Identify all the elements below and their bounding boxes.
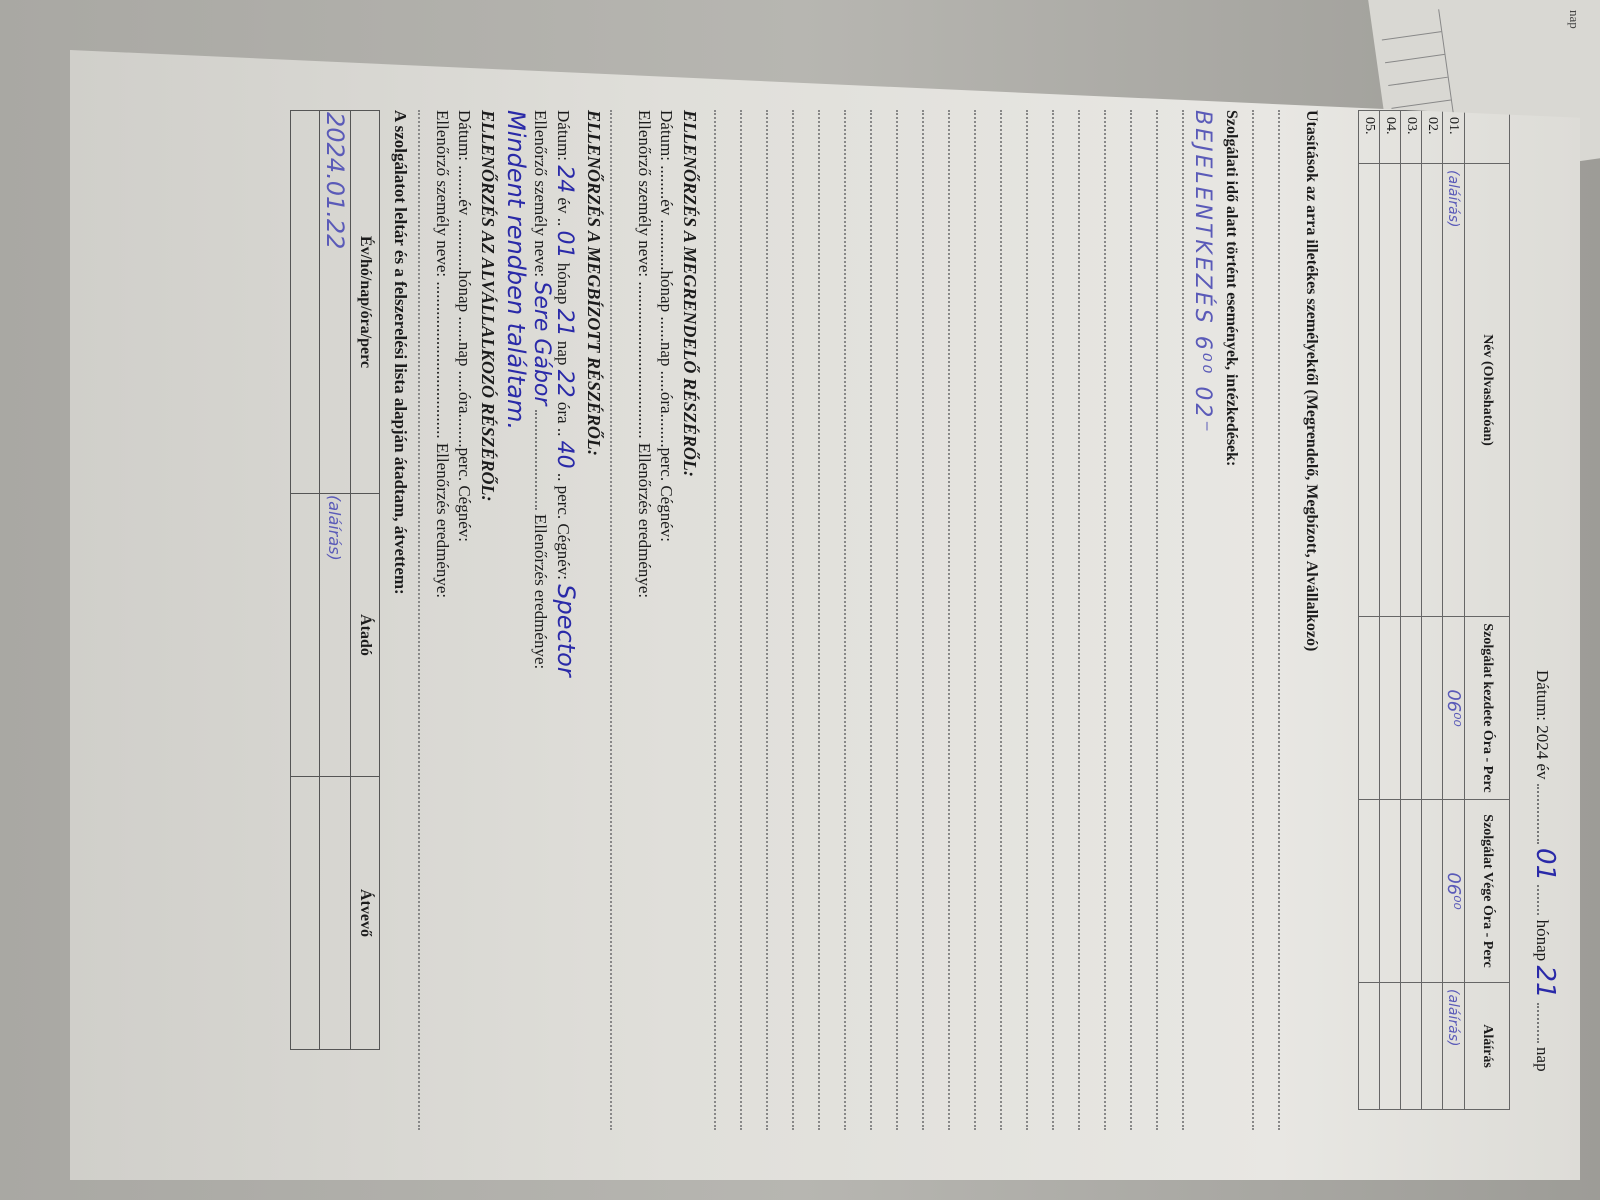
result-label: Ellenőrzés eredménye: [531,514,550,669]
year-label: év [554,198,573,214]
minute-label: perc. Cégnév: [554,486,573,580]
col-receiver: Átvevő [351,777,380,1050]
handover-datetime: 2024.01.22 [320,111,351,494]
row-name: (aláírás) [1443,164,1465,617]
table-row: 04. [1380,111,1401,1110]
col-num [1465,111,1510,164]
row-num: 05. [1359,111,1380,164]
events-entry: BEJELENTKEZÉS 6⁰⁰ 02⁻ [1190,110,1215,435]
month-label: hónap [554,263,573,305]
table-row: 2024.01.22 (aláírás) [320,111,351,1050]
table-row [291,111,320,1050]
handover-giver: (aláírás) [320,494,351,777]
row-num: 01. [1443,111,1465,164]
row-signature: (aláírás) [1443,983,1465,1110]
page-date: Dátum: 2024 év 01 hónap 21 nap [1530,670,1560,1072]
previous-page-label: nap [1566,10,1582,29]
megrendelo-title: ELLENŐRZÉS A MEGRENDELŐ RÉSZÉRŐL: [679,110,700,477]
day-label: nap [554,341,573,366]
megbizott-minute: 40 [552,441,577,469]
year-suffix: év [1533,764,1552,780]
table-row: 02. [1422,111,1443,1110]
megbizott-title: ELLENŐRZÉS A MEGBÍZOTT RÉSZÉRŐL: [583,110,604,456]
instructions-label: Utasítások az arra illetékes személyektő… [1302,110,1320,651]
row-num: 03. [1401,111,1422,164]
megbizott-day: 21 [552,309,577,337]
table-row: 05. [1359,111,1380,1110]
megrendelo-date-line: Dátum: ........év ............hónap ....… [656,110,676,542]
megbizott-company: Spector [552,584,580,676]
handover-table: Év/hó/nap/óra/perc Átadó Átvevő 2024.01.… [290,110,380,1050]
date-prefix: Dátum: [554,110,573,161]
row-end: 06⁰⁰ [1443,800,1465,983]
month-label: hónap [1533,920,1552,962]
alvallalkozo-person-line: Ellenőrző személy neve: ................… [432,110,452,598]
page-content: Dátum: 2024 év 01 hónap 21 nap Név (Olva… [150,110,1570,1160]
megbizott-result: Mindent rendben találtam. [502,110,530,430]
megbizott-person-line: Ellenőrző személy neve: Sere Gábor Ellen… [529,110,554,669]
duty-table: Név (Olvashatóan) Szolgálat kezdete Óra … [1358,110,1510,1110]
megbizott-year: 24 [552,165,577,193]
megrendelo-person-line: Ellenőrző személy neve: ................… [634,110,654,598]
handover-statement: A szolgálatot leltár és a felszerelési l… [390,110,410,595]
col-datetime: Év/hó/nap/óra/perc [351,111,380,494]
date-day: 21 [1530,965,1560,998]
alvallalkozo-date-line: Dátum: ........év ............hónap ....… [454,110,474,542]
table-row: 03. [1401,111,1422,1110]
day-label: nap [1533,1047,1552,1072]
date-month: 01 [1530,848,1560,881]
megbizott-hour: 22 [552,370,577,398]
col-name: Név (Olvashatóan) [1465,164,1510,617]
person-label: Ellenőrző személy neve: [531,110,550,277]
handover-receiver [320,777,351,1050]
megbizott-month: 01 [552,231,577,259]
megbizott-date-line: Dátum: 24 év .. 01 hónap 21 nap 22 óra .… [552,110,580,677]
row-num: 02. [1422,111,1443,164]
date-year: 2024 [1533,725,1552,759]
row-num: 04. [1380,111,1401,164]
alvallalkozo-title: ELLENŐRZÉS AZ ALVÁLLALKOZÓ RÉSZÉRŐL: [477,110,498,502]
col-signature: Aláírás [1465,983,1510,1110]
hour-label: óra [554,402,573,424]
megbizott-person: Sere Gábor [529,281,554,405]
date-label: Dátum: [1533,670,1552,721]
table-row: 01. (aláírás) 06⁰⁰ 06⁰⁰ (aláírás) [1443,111,1465,1110]
row-start: 06⁰⁰ [1443,617,1465,800]
col-start: Szolgálat kezdete Óra - Perc [1465,617,1510,800]
col-giver: Átadó [351,494,380,777]
col-end: Szolgálat Vége Óra - Perc [1465,800,1510,983]
events-label: Szolgálati idő alatt történt események, … [1222,110,1240,466]
logbook-page: Dátum: 2024 év 01 hónap 21 nap Név (Olva… [70,50,1580,1180]
